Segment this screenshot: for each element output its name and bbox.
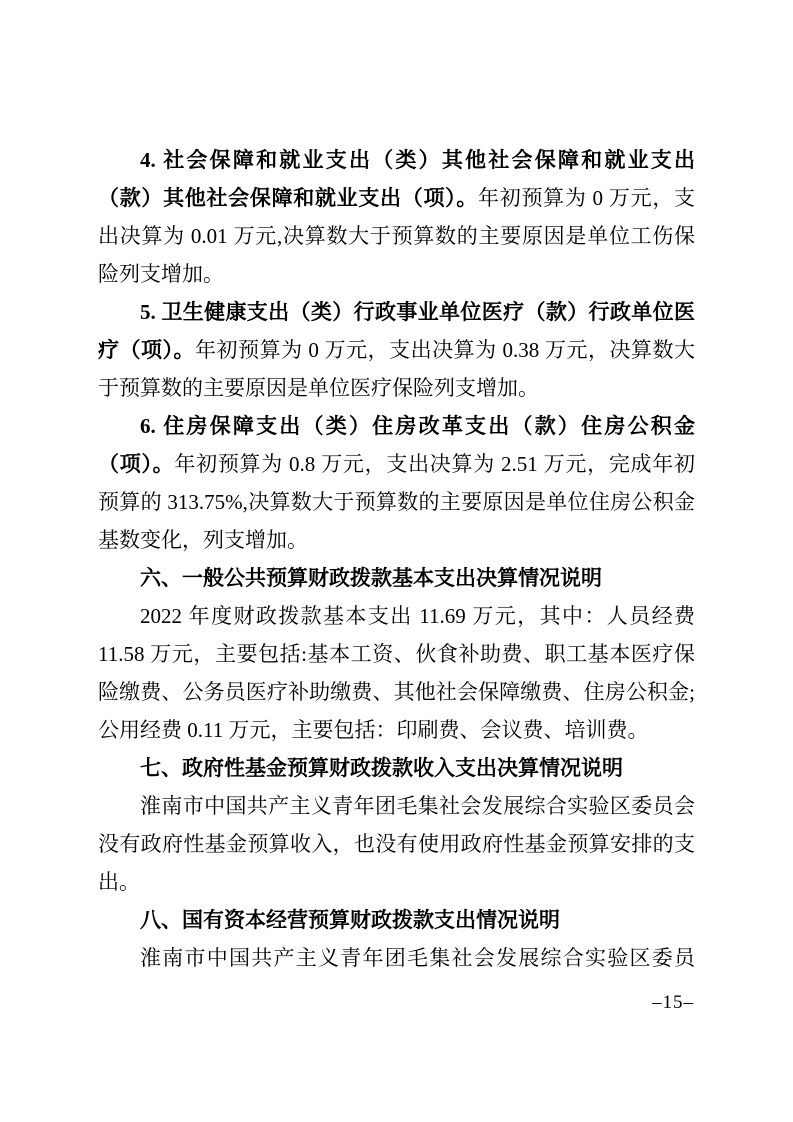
page-number: –15– <box>652 992 694 1014</box>
section8-body: 淮南市中国共产主义青年团毛集社会发展综合实验区委员 <box>98 939 695 977</box>
paragraph-item4: 4. 社会保障和就业支出（类）其他社会保障和就业支出（款）其他社会保障和就业支出… <box>98 141 695 293</box>
document-page: 4. 社会保障和就业支出（类）其他社会保障和就业支出（款）其他社会保障和就业支出… <box>0 0 793 1122</box>
section7-body: 淮南市中国共产主义青年团毛集社会发展综合实验区委员会没有政府性基金预算收入，也没… <box>98 787 695 901</box>
section6-body: 2022 年度财政拨款基本支出 11.69 万元，其中：人员经费 11.58 万… <box>98 597 695 749</box>
document-content: 4. 社会保障和就业支出（类）其他社会保障和就业支出（款）其他社会保障和就业支出… <box>98 141 695 977</box>
item6-body: 年初预算为 0.8 万元，支出决算为 2.51 万元，完成年初预算的 313.7… <box>98 452 695 552</box>
section8-heading: 八、国有资本经营预算财政拨款支出情况说明 <box>98 901 695 939</box>
paragraph-item5: 5. 卫生健康支出（类）行政事业单位医疗（款）行政单位医疗（项）。年初预算为 0… <box>98 293 695 407</box>
section6-heading: 六、一般公共预算财政拨款基本支出决算情况说明 <box>98 559 695 597</box>
paragraph-item6: 6. 住房保障支出（类）住房改革支出（款）住房公积金（项）。年初预算为 0.8 … <box>98 407 695 559</box>
section7-heading: 七、政府性基金预算财政拨款收入支出决算情况说明 <box>98 749 695 787</box>
